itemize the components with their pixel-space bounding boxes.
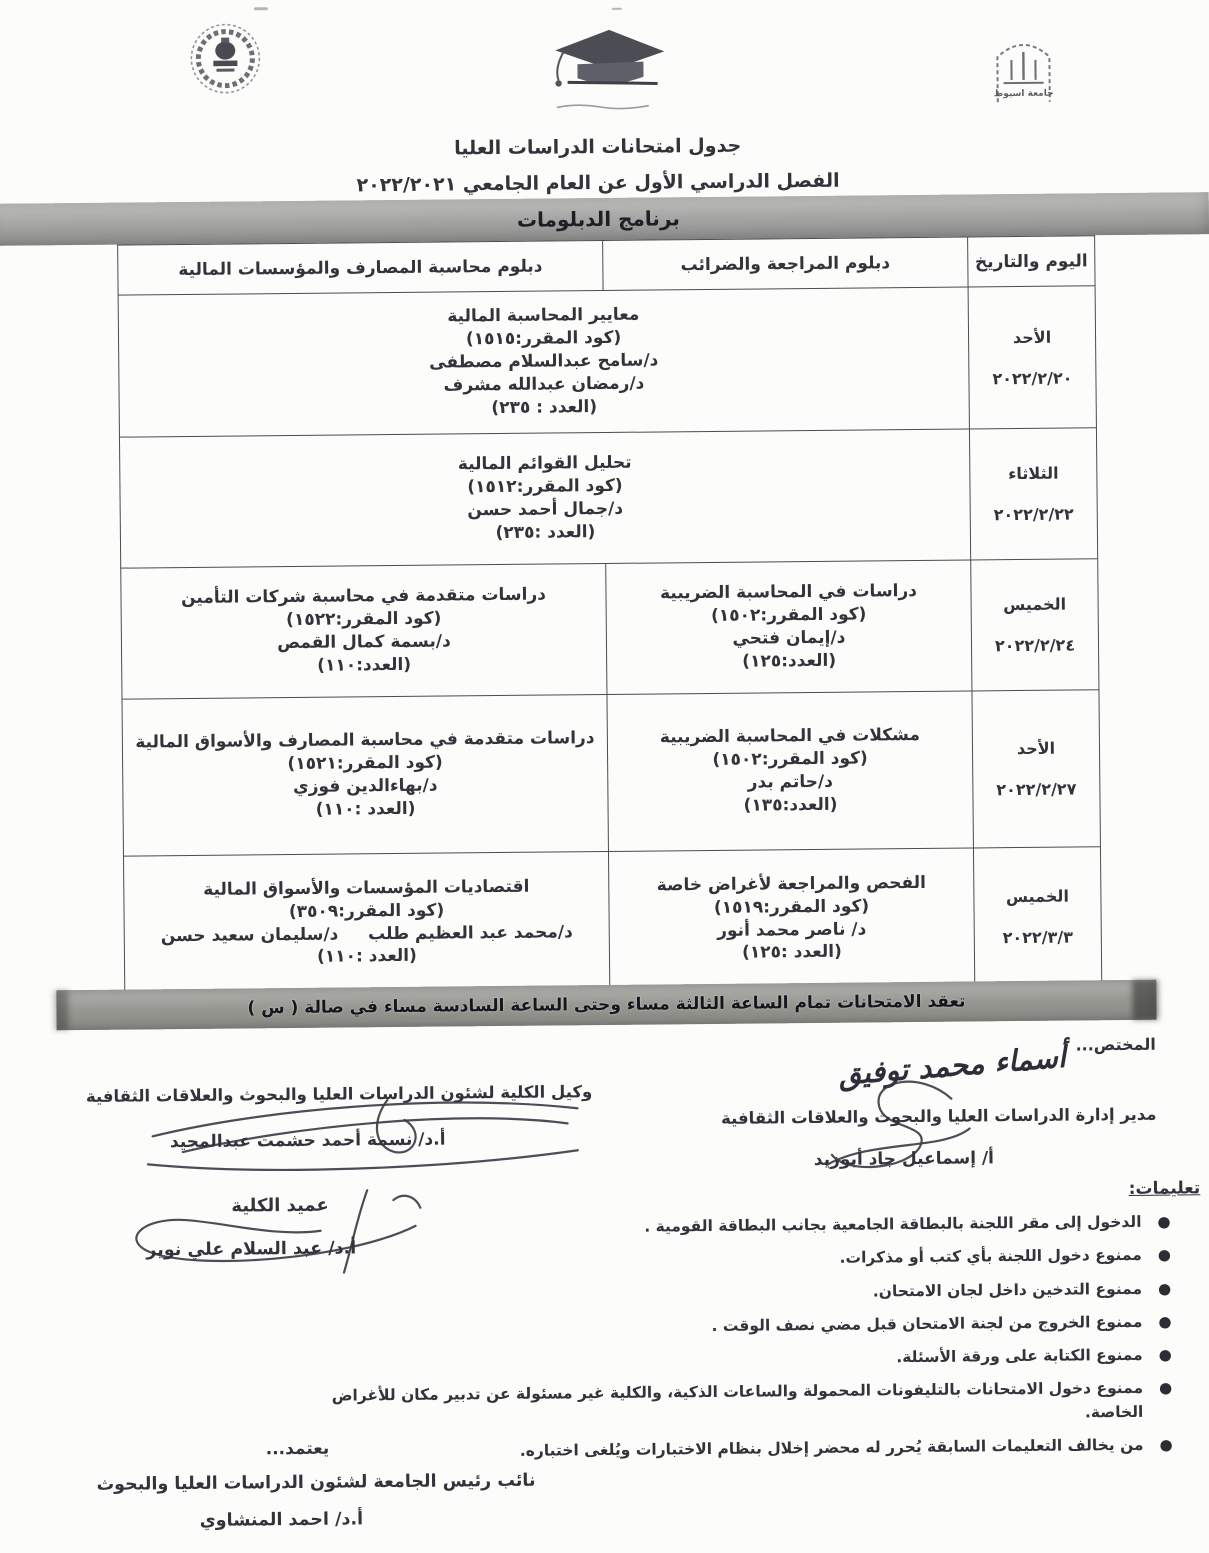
course-line: د/رمضان عبدالله مشرف (444, 373, 645, 398)
bullet-icon: ● (1159, 1344, 1172, 1367)
date-label: ٢٠٢٢/٢/٢٠ (969, 368, 1095, 388)
approval-label: يعتمد... (266, 1439, 330, 1460)
course-line: (العدد:١٢٥) (742, 650, 836, 674)
arch-logo-text: جامعة اسيوط (994, 89, 1054, 100)
date-cell: الخميس ٢٠٢٢/٣/٣ (973, 847, 1101, 986)
course-line: (كود المقرر:١٥٠٢) (712, 748, 867, 772)
course-cell: دراسات متقدمة في محاسبة المصارف والأسواق… (122, 694, 608, 856)
graduation-cap-icon (537, 19, 678, 106)
course-line: (العدد:١٣٥) (744, 794, 838, 818)
cap-caption-scribble (553, 102, 653, 113)
bullet-icon: ● (1158, 1244, 1171, 1267)
column-header-audit-diploma: دبلوم المراجعة والضرائب (603, 237, 968, 291)
date-label: ٢٠٢٢/٣/٣ (975, 927, 1101, 947)
date-label: ٢٠٢٢/٢/٢٢ (971, 504, 1097, 524)
course-line: تحليل القوائم المالية (458, 452, 632, 477)
day-label: الأحد (973, 738, 1099, 758)
course-cell: مشكلات في المحاسبة الضريبية (كود المقرر:… (607, 691, 973, 851)
course-line: د/بهاءالدين فوزي (293, 775, 438, 799)
course-line: اقتصاديات المؤسسات والأسواق المالية (203, 875, 529, 901)
course-line: د/بسمة كمال القمص (277, 630, 451, 655)
course-line: (العدد :١١٠) (317, 945, 417, 969)
course-line: (العدد :١٢٥) (742, 941, 842, 965)
course-line: د/حاتم بدر (748, 771, 833, 795)
instruction-text: من يخالف التعليمات السابقة يُحرر له محضر… (520, 1434, 1144, 1463)
bullet-icon: ● (1159, 1377, 1172, 1400)
course-line: د/ ناصر محمد أنور (717, 918, 866, 942)
course-cell: دراسات في المحاسبة الضريبية (كود المقرر:… (606, 560, 972, 694)
vice-dean-name: أ.د/ نسمة أحمد حشمت عبدالمجيد (133, 1129, 483, 1152)
bullet-icon: ● (1158, 1310, 1171, 1333)
course-cell: تحليل القوائم المالية (كود المقرر:١٥١٢) … (119, 429, 970, 568)
exam-schedule-table: اليوم والتاريخ دبلوم المراجعة والضرائب د… (117, 235, 1102, 994)
director-name: أ/ إسماعيل جاد أبوزيد (814, 1148, 994, 1170)
date-cell: الخميس ٢٠٢٢/٢/٢٤ (971, 559, 1099, 691)
course-line: دراسات متقدمة في محاسبة المصارف والأسواق… (135, 727, 594, 754)
director-title: مدير إدارة الدراسات العليا والبحوث والعل… (721, 1105, 1157, 1128)
course-line: دراسات متقدمة في محاسبة شركات التأمين (181, 584, 546, 610)
column-header-date: اليوم والتاريخ (968, 236, 1095, 287)
course-line: دراسات في المحاسبة الضريبية (660, 580, 917, 605)
instructions-heading: تعليمات: (1129, 1178, 1201, 1199)
course-line: (كود المقرر:١٥٠٢) (711, 604, 866, 628)
bullet-icon: ● (1158, 1277, 1171, 1300)
course-line: (العدد:١١٠) (317, 654, 411, 678)
instruction-text: ممنوع التدخين داخل لجان الامتحان. (873, 1277, 1142, 1303)
day-label: الخميس (972, 594, 1098, 614)
date-cell: الثلاثاء ٢٠٢٢/٢/٢٢ (969, 428, 1097, 560)
day-label: الخميس (974, 886, 1100, 906)
course-line: (العدد :٢٣٥) (495, 521, 595, 545)
course-line: د/إيمان فتحي (732, 627, 845, 651)
university-arch-icon: جامعة اسيوط (990, 30, 1057, 107)
instruction-item: ● ممنوع التدخين داخل لجان الامتحان. (311, 1277, 1171, 1309)
table-row: الأحد ٢٠٢٢/٢/٢٠ معايير المحاسبة المالية … (118, 286, 1096, 437)
course-line: (كود المقرر:٣٥٠٩) (289, 899, 444, 923)
course-line: معايير المحاسبة المالية (447, 304, 639, 329)
day-label: الثلاثاء (970, 463, 1096, 483)
instruction-text: ممنوع الكتابة على ورقة الأسئلة. (896, 1344, 1143, 1370)
scan-artifact (612, 8, 622, 10)
vp-name: أ.د/ احمد المنشاوي (166, 1509, 396, 1531)
bullet-icon: ● (1159, 1433, 1172, 1456)
time-note-text: تعقد الامتحانات تمام الساعة الثالثة مساء… (247, 992, 965, 1019)
page-title: جدول امتحانات الدراسات العليا (0, 130, 1202, 164)
lecturer-name: د/سليمان سعيد حسن (161, 923, 339, 948)
course-line: (كود المقرر:١٥٢٢) (286, 608, 441, 632)
table-row: الأحد ٢٠٢٢/٢/٢٧ مشكلات في المحاسبة الضري… (122, 690, 1100, 856)
instruction-text: الدخول إلى مقر اللجنة بالبطاقة الجامعية … (644, 1211, 1141, 1239)
instruction-item: ● ممنوع الكتابة على ورقة الأسئلة. (312, 1344, 1172, 1376)
course-line: الفحص والمراجعة لأغراض خاصة (657, 872, 927, 898)
instruction-item: ● ممنوع الخروج من لجنة الامتحان قبل مضي … (311, 1310, 1171, 1342)
course-line: (العدد :١١٠) (316, 798, 416, 822)
lecturer-name: د/محمد عبد العظيم طلب (368, 921, 573, 946)
course-line: د/جمال أحمد حسن (467, 498, 623, 522)
course-line: مشكلات في المحاسبة الضريبية (660, 724, 920, 749)
instruction-text: ممنوع دخول الامتحانات بالتليفونات المحمو… (312, 1377, 1143, 1431)
course-line: (كود المقرر:١٥١٢) (467, 475, 622, 499)
bullet-icon: ● (1157, 1211, 1170, 1234)
table-row: الخميس ٢٠٢٢/٢/٢٤ دراسات في المحاسبة الضر… (121, 559, 1099, 699)
date-cell: الأحد ٢٠٢٢/٢/٢٧ (972, 690, 1101, 848)
course-line: (كود المقرر:١٥١٥) (466, 327, 621, 351)
specialist-label: المختص... (1075, 1035, 1156, 1055)
course-cell: اقتصاديات المؤسسات والأسواق المالية (كود… (123, 851, 609, 994)
course-line: (العدد : ٢٣٥) (491, 396, 597, 420)
instruction-item: ● ممنوع دخول الامتحانات بالتليفونات المح… (312, 1377, 1172, 1432)
course-line: (كود المقرر:١٥١٩) (714, 895, 869, 919)
table-row: الثلاثاء ٢٠٢٢/٢/٢٢ تحليل القوائم المالية… (119, 428, 1097, 568)
course-cell: الفحص والمراجعة لأغراض خاصة (كود المقرر:… (608, 848, 974, 989)
scan-tilt-wrapper: جامعة اسيوط جدول امتحانات الدراسات العلي… (0, 0, 1209, 1553)
instructions-list: ● الدخول إلى مقر اللجنة بالبطاقة الجامعي… (310, 1211, 1172, 1475)
scan-artifact (254, 7, 268, 10)
university-seal-icon (188, 21, 263, 96)
course-line: (كود المقرر:١٥٢١) (287, 752, 442, 776)
date-cell: الأحد ٢٠٢٢/٢/٢٠ (968, 286, 1096, 429)
day-label: الأحد (969, 327, 1095, 347)
instruction-text: ممنوع الخروج من لجنة الامتحان قبل مضي نص… (711, 1311, 1142, 1338)
table-row: الخميس ٢٠٢٢/٣/٣ الفحص والمراجعة لأغراض خ… (123, 847, 1101, 994)
course-lecturers-line: د/محمد عبد العظيم طلب د/سليمان سعيد حسن (133, 921, 601, 948)
date-label: ٢٠٢٢/٢/٢٧ (973, 779, 1099, 799)
course-cell: دراسات متقدمة في محاسبة شركات التأمين (ك… (121, 563, 607, 699)
instruction-text: ممنوع دخول اللجنة بأي كتب أو مذكرات. (840, 1244, 1142, 1270)
course-line: د/سامح عبدالسلام مصطفى (429, 349, 658, 374)
instruction-item: ● من يخالف التعليمات السابقة يُحرر له مح… (313, 1433, 1173, 1465)
instruction-item: ● ممنوع دخول اللجنة بأي كتب أو مذكرات. (311, 1244, 1171, 1276)
program-band-label: برنامج الدبلومات (517, 206, 680, 232)
scanned-exam-schedule-page: جامعة اسيوط جدول امتحانات الدراسات العلي… (0, 0, 1209, 1553)
date-label: ٢٠٢٢/٢/٢٤ (972, 635, 1098, 655)
column-header-banking-diploma: دبلوم محاسبة المصارف والمؤسسات المالية (118, 240, 603, 295)
course-cell: معايير المحاسبة المالية (كود المقرر:١٥١٥… (118, 287, 969, 437)
vp-title: نائب رئيس الجامعة لشئون الدراسات العليا … (56, 1470, 576, 1495)
